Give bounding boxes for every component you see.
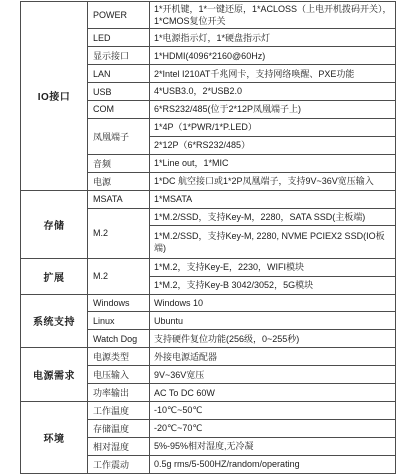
spec-label-cell: LAN bbox=[88, 65, 150, 83]
spec-value-cell: Windows 10 bbox=[150, 294, 396, 312]
spec-value-cell: 1*M.2/SSD，支持Key-M, 2280, NVME PCIEX2 SSD… bbox=[150, 226, 396, 258]
spec-value-cell: 9V~36V宽压 bbox=[150, 366, 396, 384]
spec-value-cell: 0.5g rms/5-500HZ/random/operating bbox=[150, 455, 396, 473]
spec-value-cell: 外接电源适配器 bbox=[150, 348, 396, 366]
spec-label-cell: 功率输出 bbox=[88, 384, 150, 402]
spec-label-cell: 凤凰端子 bbox=[88, 118, 150, 154]
spec-sheet: IO接口 POWER 1*开机键，1*一键还原，1*ACLOSS（上电开机拨码开… bbox=[0, 0, 416, 476]
category-cell: 存储 bbox=[21, 190, 88, 258]
category-cell: IO接口 bbox=[21, 2, 88, 191]
spec-label-cell: 电压输入 bbox=[88, 366, 150, 384]
spec-value-cell: 支持硬件复位功能(256级，0~255秒) bbox=[150, 330, 396, 348]
spec-label-cell: USB bbox=[88, 83, 150, 101]
spec-value-cell: AC To DC 60W bbox=[150, 384, 396, 402]
spec-value-cell: 1*电源指示灯，1*硬盘指示灯 bbox=[150, 29, 396, 47]
spec-label-cell: POWER bbox=[88, 2, 150, 29]
spec-value-cell: 1*开机键，1*一键还原，1*ACLOSS（上电开机拨码开关），1*CMOS复位… bbox=[150, 2, 396, 29]
spec-value-cell: 2*Intel I210AT千兆网卡，支持网络唤醒、PXE功能 bbox=[150, 65, 396, 83]
category-cell: 扩展 bbox=[21, 258, 88, 294]
spec-label-cell: 相对湿度 bbox=[88, 437, 150, 455]
spec-label-cell: 电源类型 bbox=[88, 348, 150, 366]
spec-label-cell: 工作震动 bbox=[88, 455, 150, 473]
spec-value-cell: 1*MSATA bbox=[150, 190, 396, 208]
table-row: 环境 工作温度 -10℃~50℃ bbox=[21, 402, 396, 420]
table-row: IO接口 POWER 1*开机键，1*一键还原，1*ACLOSS（上电开机拨码开… bbox=[21, 2, 396, 29]
spec-label-cell: 工作温度 bbox=[88, 402, 150, 420]
spec-label-cell: Windows bbox=[88, 294, 150, 312]
spec-value-cell: 1*HDMI(4096*2160@60Hz) bbox=[150, 47, 396, 65]
spec-label-cell: COM bbox=[88, 100, 150, 118]
spec-value-cell: -20℃~70℃ bbox=[150, 420, 396, 438]
spec-label-cell: 电源 bbox=[88, 172, 150, 190]
spec-value-cell: 5%-95%相对湿度,无冷凝 bbox=[150, 437, 396, 455]
spec-label-cell: MSATA bbox=[88, 190, 150, 208]
spec-label-cell: Linux bbox=[88, 312, 150, 330]
spec-value-cell: 1*Line out，1*MIC bbox=[150, 154, 396, 172]
spec-label-cell: 音频 bbox=[88, 154, 150, 172]
spec-label-cell: LED bbox=[88, 29, 150, 47]
category-cell: 电源需求 bbox=[21, 348, 88, 402]
spec-value-cell: 2*12P（6*RS232/485） bbox=[150, 136, 396, 154]
spec-value-cell: 6*RS232/485(位于2*12P凤凰端子上) bbox=[150, 100, 396, 118]
spec-value-cell: -10℃~50℃ bbox=[150, 402, 396, 420]
table-row: 扩展 M.2 1*M.2，支持Key-E，2230，WIFI模块 bbox=[21, 258, 396, 276]
table-row: 存储 MSATA 1*MSATA bbox=[21, 190, 396, 208]
spec-value-cell: 4*USB3.0，2*USB2.0 bbox=[150, 83, 396, 101]
spec-value-cell: Ubuntu bbox=[150, 312, 396, 330]
spec-label-cell: Watch Dog bbox=[88, 330, 150, 348]
spec-label-cell: M.2 bbox=[88, 208, 150, 258]
spec-value-cell: 1*DC 航空接口或1*2P凤凰端子，支持9V~36V宽压输入 bbox=[150, 172, 396, 190]
spec-value-cell: 1*M.2，支持Key-E，2230，WIFI模块 bbox=[150, 258, 396, 276]
category-cell: 环境 bbox=[21, 402, 88, 474]
spec-value-cell: 1*M.2，支持Key-B 3042/3052，5G模块 bbox=[150, 276, 396, 294]
spec-label-cell: 存储温度 bbox=[88, 420, 150, 438]
spec-label-cell: M.2 bbox=[88, 258, 150, 294]
spec-value-cell: 1*4P（1*PWR/1*P.LED） bbox=[150, 118, 396, 136]
table-row: 系统支持 Windows Windows 10 bbox=[21, 294, 396, 312]
spec-value-cell: 1*M.2/SSD，支持Key-M，2280，SATA SSD(主板端) bbox=[150, 208, 396, 226]
spec-label-cell: 显示接口 bbox=[88, 47, 150, 65]
category-cell: 系统支持 bbox=[21, 294, 88, 348]
table-row: 电源需求 电源类型 外接电源适配器 bbox=[21, 348, 396, 366]
spec-table: IO接口 POWER 1*开机键，1*一键还原，1*ACLOSS（上电开机拨码开… bbox=[20, 1, 396, 474]
